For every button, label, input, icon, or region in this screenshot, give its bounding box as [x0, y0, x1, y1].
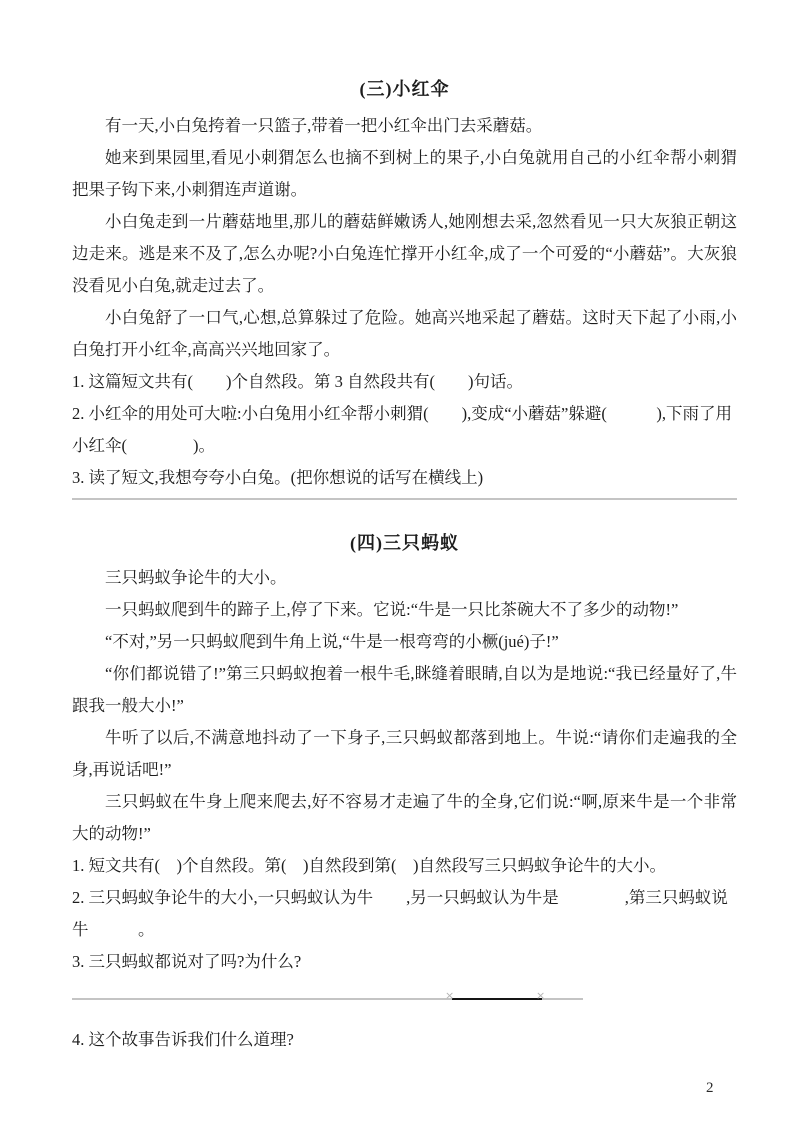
story-paragraph: 小白兔走到一片蘑菇地里,那儿的蘑菇鲜嫩诱人,她刚想去采,忽然看见一只大灰狼正朝这…: [72, 206, 737, 302]
page-number: 2: [706, 1078, 714, 1098]
story-paragraph: 她来到果园里,看见小刺猬怎么也摘不到树上的果子,小白兔就用自己的小红伞帮小刺猬把…: [72, 142, 737, 206]
story-paragraph: 一只蚂蚁爬到牛的蹄子上,停了下来。它说:“牛是一只比茶碗大不了多少的动物!”: [72, 594, 737, 626]
story-paragraph: “不对,”另一只蚂蚁爬到牛角上说,“牛是一根弯弯的小橛(jué)子!”: [72, 626, 737, 658]
section-little-red-umbrella: (三)小红伞 有一天,小白兔挎着一只篮子,带着一把小红伞出门去采蘑菇。 她来到果…: [72, 76, 737, 494]
question-item: 4. 这个故事告诉我们什么道理?: [72, 1024, 737, 1056]
section-divider: [72, 498, 737, 500]
question-item: 2. 三只蚂蚁争论牛的大小,一只蚂蚁认为牛 ,另一只蚂蚁认为牛是 ,第三只蚂蚁说…: [72, 882, 737, 946]
answer-divider: × ×: [72, 998, 583, 1000]
question-item: 3. 读了短文,我想夸夸小白兔。(把你想说的话写在横线上): [72, 462, 737, 494]
question-item: 3. 三只蚂蚁都说对了吗?为什么?: [72, 946, 737, 978]
page-content: (三)小红伞 有一天,小白兔挎着一只篮子,带着一把小红伞出门去采蘑菇。 她来到果…: [72, 76, 737, 1056]
story-paragraph: 有一天,小白兔挎着一只篮子,带着一把小红伞出门去采蘑菇。: [72, 110, 737, 142]
question-item: 1. 短文共有( )个自然段。第( )自然段到第( )自然段写三只蚂蚁争论牛的大…: [72, 850, 737, 882]
section-three-ants: (四)三只蚂蚁 三只蚂蚁争论牛的大小。 一只蚂蚁爬到牛的蹄子上,停了下来。它说:…: [72, 530, 737, 1056]
question-item: 1. 这篇短文共有( )个自然段。第 3 自然段共有( )句话。: [72, 366, 737, 398]
section-title: (三)小红伞: [72, 76, 737, 102]
story-paragraph: 三只蚂蚁在牛身上爬来爬去,好不容易才走遍了牛的全身,它们说:“啊,原来牛是一个非…: [72, 786, 737, 850]
section-title: (四)三只蚂蚁: [72, 530, 737, 556]
worksheet-page: (三)小红伞 有一天,小白兔挎着一只篮子,带着一把小红伞出门去采蘑菇。 她来到果…: [0, 0, 793, 1122]
line-handle-icon: ×: [536, 990, 545, 1001]
question-item: 2. 小红伞的用处可大啦:小白兔用小红伞帮小刺猬( ),变成“小蘑菇”躲避( )…: [72, 398, 737, 462]
line-handle-icon: ×: [445, 990, 454, 1001]
answer-line: [452, 998, 542, 1000]
story-paragraph: 小白兔舒了一口气,心想,总算躲过了危险。她高兴地采起了蘑菇。这时天下起了小雨,小…: [72, 302, 737, 366]
story-paragraph: 三只蚂蚁争论牛的大小。: [72, 562, 737, 594]
story-paragraph: “你们都说错了!”第三只蚂蚁抱着一根牛毛,眯缝着眼睛,自以为是地说:“我已经量好…: [72, 658, 737, 722]
story-paragraph: 牛听了以后,不满意地抖动了一下身子,三只蚂蚁都落到地上。牛说:“请你们走遍我的全…: [72, 722, 737, 786]
